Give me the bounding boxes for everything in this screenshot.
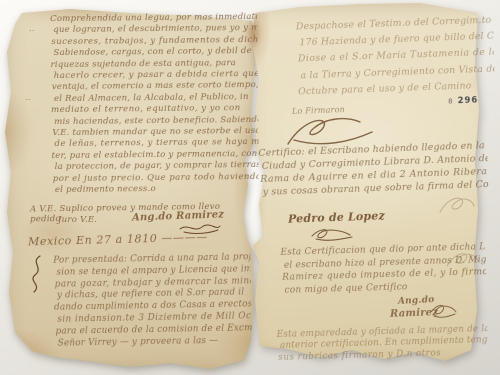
margin-paraph-icon [26,254,48,296]
ramirez-rubric-icon [428,300,458,320]
escribano-rubric-icon [308,226,354,242]
page-number-stamp: 8296 [448,87,479,107]
ghost-flourish-icon [444,248,480,272]
margin-mark: .. [25,93,31,102]
stamp-number: 296 [457,95,478,106]
handwritten-line: el pedimento necess.o [55,183,259,197]
stamp-prefix: 8 [448,97,453,105]
certification-paragraph-1: Certifico: el Escribano habiendo llegado… [259,139,489,199]
juro-line: Juro V.E. [58,215,97,225]
left-page-body-paragraph: Comprehendida una legua, por mas inmedia… [51,12,259,197]
decree-paragraph: Por presentada: Corrida a una para la pr… [54,252,252,350]
right-page-bottom-paragraph: Esta emparedada y oficiada a la margen d… [278,324,489,364]
margin-mark: .. [29,24,35,33]
ghost-flourish-icon [436,192,476,218]
manuscript-photo: .. .. Comprehendida una legua, por mas i… [0,0,500,375]
